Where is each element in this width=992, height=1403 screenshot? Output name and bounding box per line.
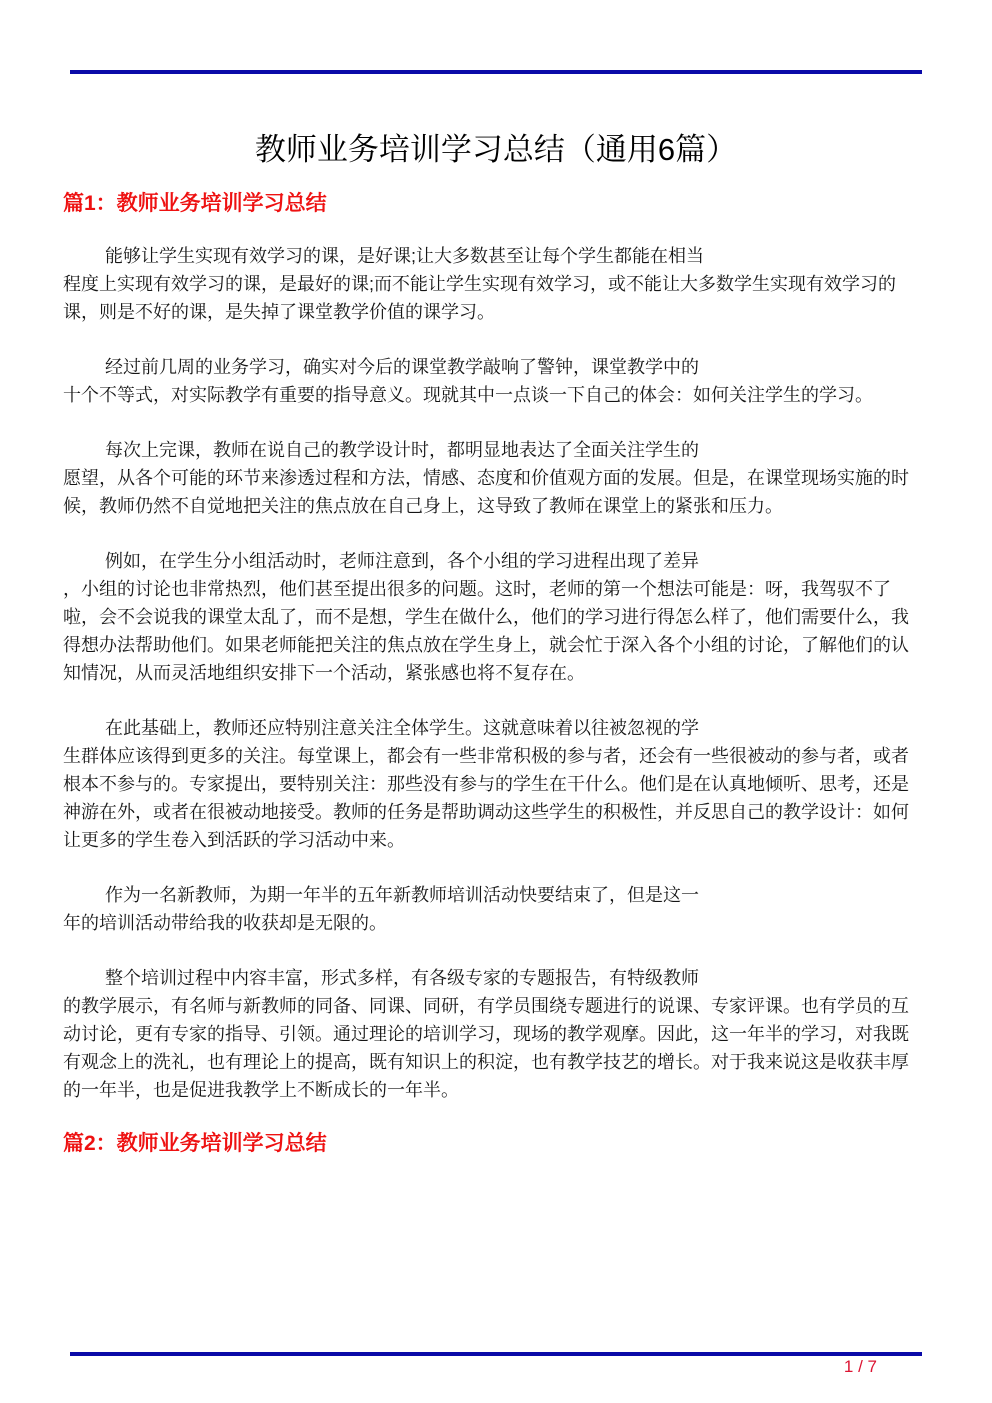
paragraph: 在此基础上，教师还应特别注意关注全体学生。这就意味着以往被忽视的学 生群体应该得… (63, 714, 922, 854)
paragraph-first-line: 作为一名新教师，为期一年半的五年新教师培训活动快要结束了，但是这一 (63, 881, 922, 909)
paragraph-rest: ，小组的讨论也非常热烈，他们甚至提出很多的问题。这时，老师的第一个想法可能是：呀… (63, 575, 922, 687)
paragraph: 作为一名新教师，为期一年半的五年新教师培训活动快要结束了，但是这一 年的培训活动… (63, 881, 922, 937)
section-paragraphs: 能够让学生实现有效学习的课，是好课;让大多数甚至让每个学生都能在相当 程度上实现… (63, 242, 922, 1104)
paragraph: 每次上完课，教师在说自己的教学设计时，都明显地表达了全面关注学生的 愿望，从各个… (63, 436, 922, 520)
section-heading: 篇2：教师业务培训学习总结 (63, 1131, 922, 1157)
paragraph-first-line: 整个培训过程中内容丰富，形式多样，有各级专家的专题报告，有特级教师 (63, 964, 922, 992)
paragraph-rest: 十个不等式，对实际教学有重要的指导意义。现就其中一点谈一下自己的体会：如何关注学… (63, 381, 922, 409)
section-heading: 篇1：教师业务培训学习总结 (63, 191, 922, 217)
document-body: 篇1：教师业务培训学习总结 能够让学生实现有效学习的课，是好课;让大多数甚至让每… (63, 191, 922, 1182)
paragraph: 例如，在学生分小组活动时，老师注意到，各个小组的学习进程出现了差异 ，小组的讨论… (63, 547, 922, 687)
document-title: 教师业务培训学习总结（通用6篇） (0, 124, 992, 169)
paragraph-first-line: 经过前几周的业务学习，确实对今后的课堂教学敲响了警钟，课堂教学中的 (63, 353, 922, 381)
document-section: 篇1：教师业务培训学习总结 能够让学生实现有效学习的课，是好课;让大多数甚至让每… (63, 191, 922, 1104)
paragraph-first-line: 每次上完课，教师在说自己的教学设计时，都明显地表达了全面关注学生的 (63, 436, 922, 464)
paragraph-rest: 程度上实现有效学习的课，是最好的课;而不能让学生实现有效学习，或不能让大多数学生… (63, 270, 922, 326)
paragraph-first-line: 能够让学生实现有效学习的课，是好课;让大多数甚至让每个学生都能在相当 (63, 242, 922, 270)
document-page: 教师业务培训学习总结（通用6篇） 篇1：教师业务培训学习总结 能够让学生实现有效… (0, 0, 992, 1403)
paragraph: 能够让学生实现有效学习的课，是好课;让大多数甚至让每个学生都能在相当 程度上实现… (63, 242, 922, 326)
paragraph-rest: 愿望，从各个可能的环节来渗透过程和方法，情感、态度和价值观方面的发展。但是，在课… (63, 464, 922, 520)
paragraph-rest: 生群体应该得到更多的关注。每堂课上，都会有一些非常积极的参与者，还会有一些很被动… (63, 742, 922, 854)
document-section: 篇2：教师业务培训学习总结 (63, 1131, 922, 1157)
paragraph: 整个培训过程中内容丰富，形式多样，有各级专家的专题报告，有特级教师 的教学展示，… (63, 964, 922, 1104)
paragraph-first-line: 在此基础上，教师还应特别注意关注全体学生。这就意味着以往被忽视的学 (63, 714, 922, 742)
paragraph-rest: 的教学展示，有名师与新教师的同备、同课、同研，有学员围绕专题进行的说课、专家评课… (63, 992, 922, 1104)
header-rule (70, 70, 922, 74)
footer-rule (70, 1352, 922, 1356)
paragraph: 经过前几周的业务学习，确实对今后的课堂教学敲响了警钟，课堂教学中的 十个不等式，… (63, 353, 922, 409)
paragraph-first-line: 例如，在学生分小组活动时，老师注意到，各个小组的学习进程出现了差异 (63, 547, 922, 575)
page-number: 1 / 7 (844, 1357, 877, 1377)
paragraph-rest: 年的培训活动带给我的收获却是无限的。 (63, 909, 922, 937)
